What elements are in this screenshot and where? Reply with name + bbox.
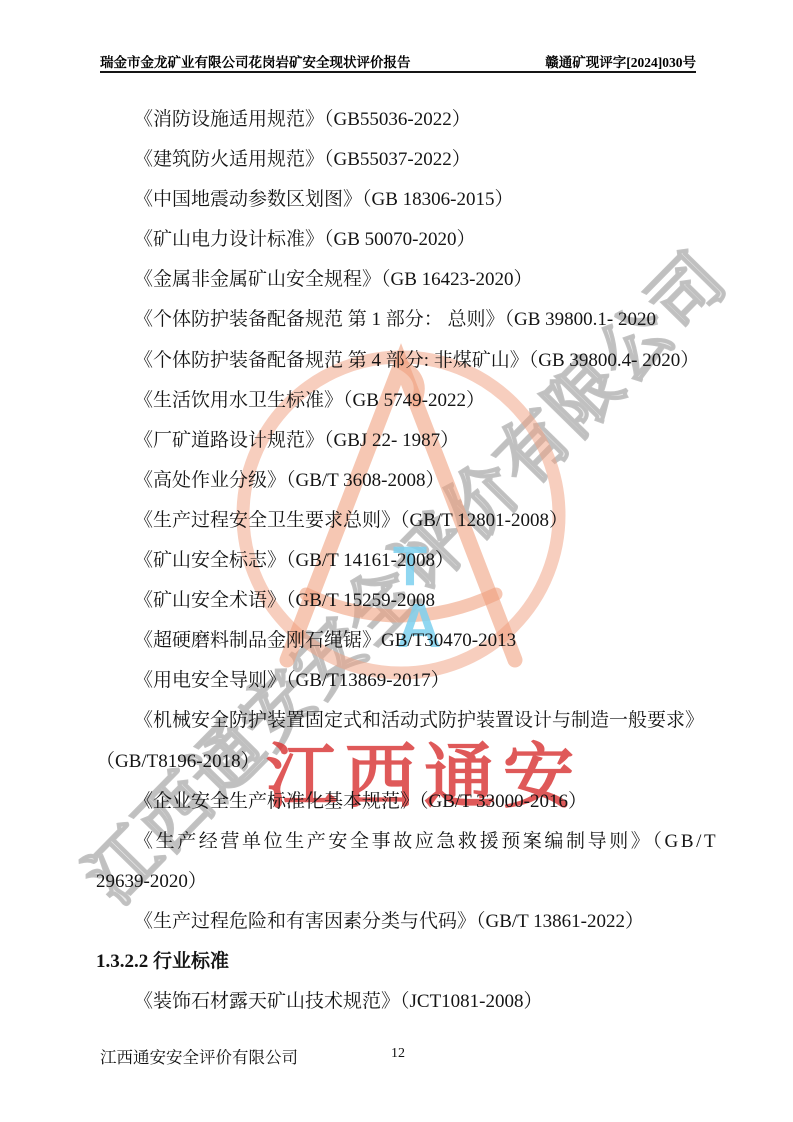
standard-line: 《矿山电力设计标准》（GB 50070-2020） bbox=[96, 220, 704, 260]
standard-line: 《装饰石材露天矿山技术规范》（JCT1081-2008） bbox=[96, 982, 704, 1022]
standard-line: 《厂矿道路设计规范》（GBJ 22- 1987） bbox=[96, 421, 704, 461]
standard-line: 《生活饮用水卫生标准》（GB 5749-2022） bbox=[96, 381, 704, 421]
standards-list: 《消防设施适用规范》（GB55036-2022）《建筑防火适用规范》（GB550… bbox=[96, 100, 704, 1022]
standard-line: 《建筑防火适用规范》（GB55037-2022） bbox=[96, 140, 704, 180]
standard-line: 《生产过程安全卫生要求总则》（GB/T 12801-2008） bbox=[96, 501, 704, 541]
standard-line: 《生产过程危险和有害因素分类与代码》（GB/T 13861-2022） bbox=[96, 902, 704, 942]
standard-line: 《中国地震动参数区划图》（GB 18306-2015） bbox=[96, 180, 704, 220]
standard-line: 《用电安全导则》（GB/T13869-2017） bbox=[96, 661, 704, 701]
standard-line: 《企业安全生产标准化基本规范》（GB/T 33000-2016） bbox=[96, 782, 704, 822]
footer-page-number: 12 bbox=[100, 1046, 696, 1062]
standard-line: 《矿山安全标志》（GB/T 14161-2008） bbox=[96, 541, 704, 581]
standard-line: 《矿山安全术语》（GB/T 15259-2008 bbox=[96, 581, 704, 621]
standard-line: （GB/T8196-2018） bbox=[96, 742, 704, 782]
standard-line: 1.3.2.2 行业标准 bbox=[96, 942, 704, 982]
standard-line: 《生产经营单位生产安全事故应急救援预案编制导则》（GB/T bbox=[96, 822, 704, 862]
report-title: 瑞金市金龙矿业有限公司花岗岩矿安全现状评价报告 bbox=[100, 51, 411, 71]
standard-line: 《个体防护装备配备规范 第 4 部分: 非煤矿山》（GB 39800.4- 20… bbox=[96, 341, 704, 381]
standard-line: 《消防设施适用规范》（GB55036-2022） bbox=[96, 100, 704, 140]
standard-line: 《高处作业分级》（GB/T 3608-2008） bbox=[96, 461, 704, 501]
standard-line: 《个体防护装备配备规范 第 1 部分： 总则》（GB 39800.1- 2020 bbox=[96, 300, 704, 340]
standard-line: 《超硬磨料制品金刚石绳锯》GB/T30470-2013 bbox=[96, 621, 704, 661]
standard-line: 《机械安全防护装置固定式和活动式防护装置设计与制造一般要求》 bbox=[96, 701, 704, 741]
standard-line: 《金属非金属矿山安全规程》（GB 16423-2020） bbox=[96, 260, 704, 300]
document-number: 赣通矿现评字[2024]030号 bbox=[545, 51, 696, 71]
page-header: 瑞金市金龙矿业有限公司花岗岩矿安全现状评价报告 赣通矿现评字[2024]030号 bbox=[100, 51, 696, 71]
document-page: 江西通安安全评价有限公司 T A 江西通安 瑞金市金龙矿业有限公司花岗岩矿安全现… bbox=[0, 0, 793, 1122]
standard-line: 29639-2020） bbox=[96, 862, 704, 902]
header-divider bbox=[100, 71, 696, 73]
